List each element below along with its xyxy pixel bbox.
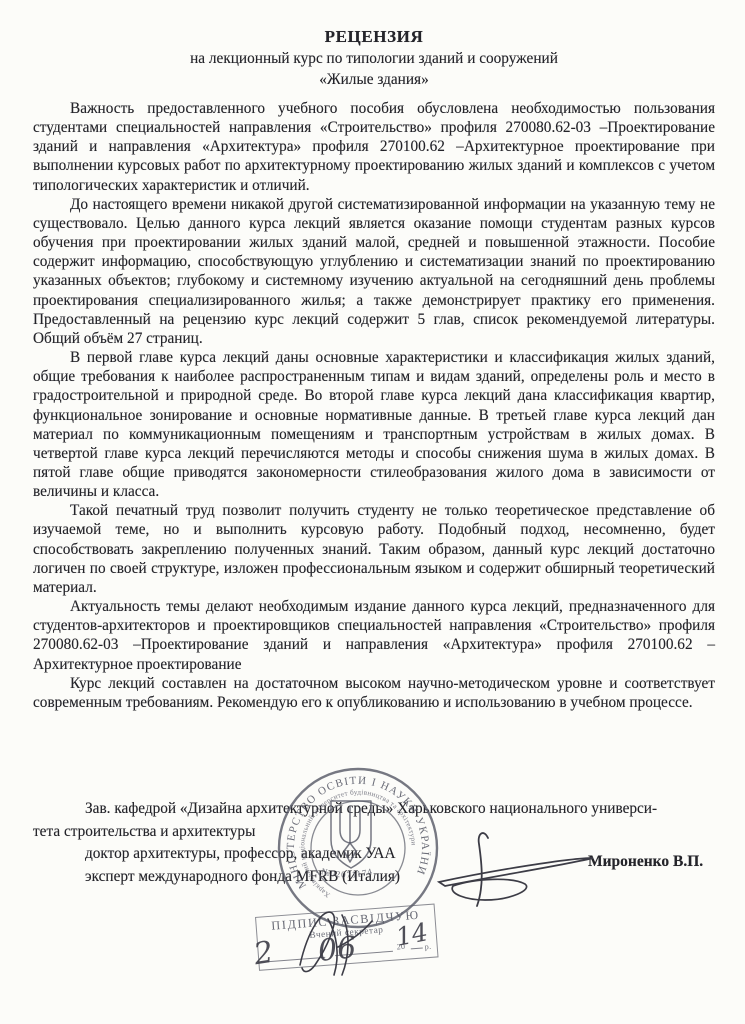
paragraph-purpose: До настоящего времени никакой другой сис…	[33, 195, 715, 348]
seal-number: №02071174	[320, 866, 373, 879]
seal-inner-text: Харківський національний університет буд…	[298, 788, 417, 899]
scanned-review-document: РЕЦЕНЗИЯ на лекционный курс по типологии…	[0, 0, 745, 1024]
trident-shield-icon	[331, 801, 371, 868]
reviewer-signature	[425, 820, 715, 920]
seal-inner-ring	[311, 801, 405, 895]
document-header: РЕЦЕНЗИЯ на лекционный курс по типологии…	[33, 27, 715, 89]
paragraph-importance: Важность предоставленного учебного пособ…	[33, 99, 715, 195]
secretary-signature	[280, 895, 400, 985]
document-subtitle: на лекционный курс по типологии зданий и…	[33, 50, 715, 68]
paragraph-relevance: Актуальность темы делают необходимым изд…	[33, 597, 715, 674]
document-subject: «Жилые здания»	[33, 71, 715, 89]
paragraph-recommendation: Курс лекций составлен на достаточном выс…	[33, 674, 715, 712]
document-title: РЕЦЕНЗИЯ	[33, 27, 715, 47]
paragraph-benefit: Такой печатный труд позволит получить ст…	[33, 501, 715, 597]
paragraph-chapters: В первой главе курса лекций даны основны…	[33, 348, 715, 501]
document-body: Важность предоставленного учебного пособ…	[33, 99, 715, 712]
